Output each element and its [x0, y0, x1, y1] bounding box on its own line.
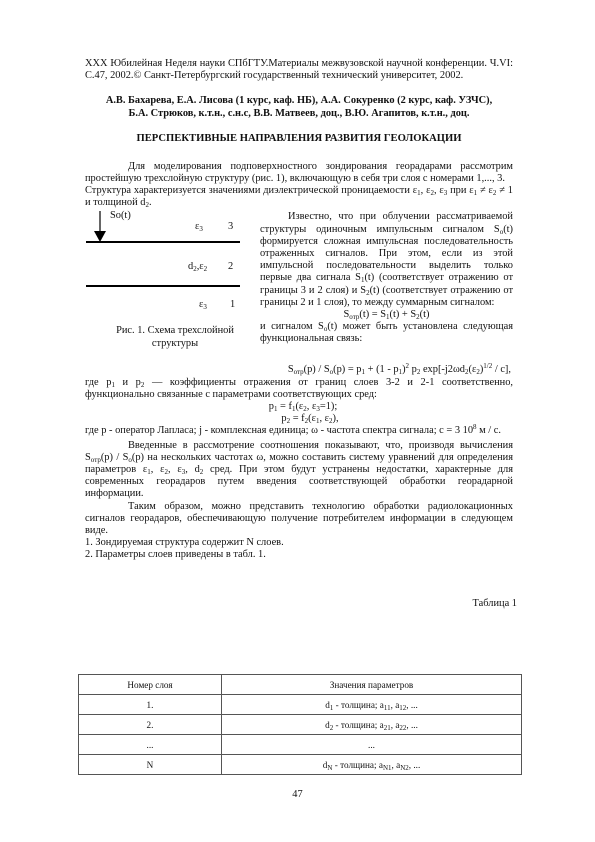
authors-line-1: А.В. Бахарева, Е.А. Лисова (1 курс, каф.…	[85, 94, 513, 107]
article-title: ПЕРСПЕКТИВНЫЕ НАПРАВЛЕНИЯ РАЗВИТИЯ ГЕОЛО…	[85, 133, 513, 145]
structure-paragraph: Структура характеризуется значениями диэ…	[85, 185, 513, 209]
table-label: Таблица 1	[85, 598, 517, 610]
layer-1-number: 1	[230, 299, 235, 311]
table-row: ... ...	[79, 735, 522, 755]
layer-2-params: d2,ε2	[188, 261, 207, 273]
table-cell: 2.	[79, 715, 222, 735]
layer-1-eps: ε3	[199, 299, 207, 311]
laplace-paragraph: где p - оператор Лапласа; j - комплексна…	[85, 425, 513, 437]
table-row: N dN - толщина; aN1, aN2, ...	[79, 755, 522, 775]
header-line-2: С.47, 2002.© Санкт-Петербургский государ…	[85, 70, 513, 82]
relations-paragraph: Введенные в рассмотрение соотношения пок…	[85, 440, 513, 501]
list-item-2: 2. Параметры слоев приведены в табл. 1.	[85, 549, 513, 561]
table-cell: ...	[79, 735, 222, 755]
table-cell: d1 - толщина; a11, a12, ...	[222, 695, 522, 715]
figure-three-layer-structure: So(t) ε3 3 d2,ε2 2 ε3 1 Рис. 1. Схема тр…	[85, 209, 265, 362]
table-cell: d2 - толщина; a21, a22, ...	[222, 715, 522, 735]
source-signal-label: So(t)	[110, 210, 131, 222]
parameters-table: Номер слоя Значения параметров 1. d1 - т…	[78, 674, 522, 775]
publication-header: XXX Юбилейная Неделя науки СПбГТУ.Матери…	[85, 58, 513, 82]
layer-diagram	[85, 209, 265, 324]
table-cell: ...	[222, 735, 522, 755]
figure-caption: Рис. 1. Схема трехслойной структуры	[85, 325, 265, 349]
page-body: XXX Юбилейная Неделя науки СПбГТУ.Матери…	[85, 58, 513, 610]
coefficients-paragraph: где p1 и p2 — коэффициенты отражения от …	[85, 377, 513, 401]
formula-p2: p2 = f2(ε1, ε2),	[85, 413, 513, 425]
technology-paragraph: Таким образом, можно представить техноло…	[85, 501, 513, 538]
table-header-row: Номер слоя Значения параметров	[79, 675, 522, 695]
formula-p1: p1 = f1(ε2, ε3=1);	[85, 401, 513, 413]
authors-line-2: Б.А. Стрюков, к.т.н., с.н.с, В.В. Матвее…	[85, 107, 513, 120]
table-cell: N	[79, 755, 222, 775]
table-cell: 1.	[79, 695, 222, 715]
table-header-values: Значения параметров	[222, 675, 522, 695]
header-line-1: XXX Юбилейная Неделя науки СПбГТУ.Матери…	[85, 58, 513, 70]
page-number: 47	[0, 789, 595, 800]
list-item-1: 1. Зондируемая структура содержит N слое…	[85, 537, 513, 549]
table-row: 2. d2 - толщина; a21, a22, ...	[79, 715, 522, 735]
layer-2-number: 2	[228, 261, 233, 273]
figure-and-text: So(t) ε3 3 d2,ε2 2 ε3 1 Рис. 1. Схема тр…	[85, 209, 513, 362]
arrow-down-icon	[94, 231, 106, 242]
right-column-text: Известно, что при облучении рассматривае…	[260, 211, 513, 345]
table-header-layer: Номер слоя	[79, 675, 222, 695]
table-row: 1. d1 - толщина; a11, a12, ...	[79, 695, 522, 715]
formula-transfer: Sотр(p) / So(p) = p1 + (1 - p1)2 p2 exp[…	[85, 364, 513, 376]
table-cell: dN - толщина; aN1, aN2, ...	[222, 755, 522, 775]
authors: А.В. Бахарева, Е.А. Лисова (1 курс, каф.…	[85, 94, 513, 120]
relation-paragraph: и сигналом So(t) может быть установлена …	[260, 321, 513, 345]
intro-paragraph: Для моделирования подповерхностного зонд…	[85, 161, 513, 185]
layer-3-number: 3	[228, 221, 233, 233]
layer-3-eps: ε3	[195, 221, 203, 233]
signal-paragraph: Известно, что при облучении рассматривае…	[260, 211, 513, 309]
formula-sum-signal: Sотр(t) = S1(t) + S2(t)	[260, 309, 513, 321]
